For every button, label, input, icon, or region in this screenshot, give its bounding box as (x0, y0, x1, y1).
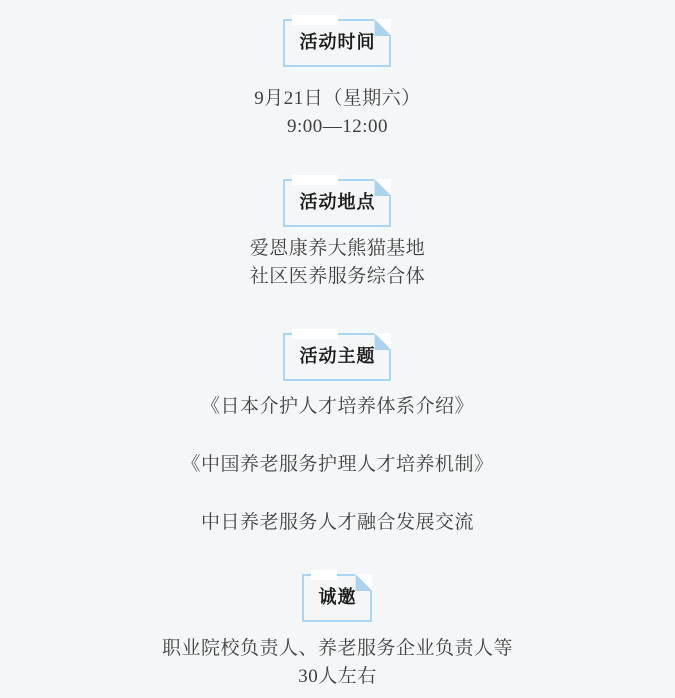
badge-label-event-theme: 活动主题 (299, 346, 375, 366)
event-theme-text: 《日本介护人才培养体系介绍》 《中国养老服务护理人才培养机制》 中日养老服务人才… (181, 393, 493, 537)
event-time-text: 9月21日（星期六） 9:00—12:00 (254, 85, 421, 141)
event-hours-line: 9:00—12:00 (287, 113, 388, 141)
venue-line-2: 社区医养服务综合体 (250, 263, 426, 291)
badge-event-theme: 活动主题 (283, 333, 391, 381)
venue-line-1: 爱恩康养大熊猫基地 (250, 235, 426, 263)
badge-event-time: 活动时间 (283, 19, 391, 67)
paper-tab (292, 175, 338, 185)
paper-tab (292, 15, 338, 25)
badge-invitation: 诚邀 (302, 574, 372, 622)
section-invitation: 诚邀 职业院校负责人、养老服务企业负责人等 30人左右 (162, 574, 513, 691)
event-location-text: 爱恩康养大熊猫基地 社区医养服务综合体 (250, 235, 426, 291)
paper-tab (292, 329, 338, 339)
invitation-text: 职业院校负责人、养老服务企业负责人等 30人左右 (162, 635, 513, 691)
invitee-line: 职业院校负责人、养老服务企业负责人等 (162, 635, 513, 663)
theme-title-1: 《日本介护人才培养体系介绍》 (201, 393, 474, 421)
badge-label-invitation: 诚邀 (318, 587, 356, 607)
badge-label-event-location: 活动地点 (299, 192, 375, 212)
section-event-location: 活动地点 爱恩康养大熊猫基地 社区医养服务综合体 (250, 179, 426, 291)
theme-title-3: 中日养老服务人才融合发展交流 (201, 509, 474, 537)
event-date-line: 9月21日（星期六） (254, 85, 421, 113)
section-event-time: 活动时间 9月21日（星期六） 9:00—12:00 (254, 19, 421, 141)
badge-label-event-time: 活动时间 (299, 32, 375, 52)
event-poster: 活动时间 9月21日（星期六） 9:00—12:00 活动地点 爱恩康养大熊猫基… (0, 0, 675, 698)
paper-tab (311, 570, 337, 580)
theme-title-2: 《中国养老服务护理人才培养机制》 (181, 451, 493, 479)
headcount-line: 30人左右 (298, 663, 377, 691)
section-event-theme: 活动主题 《日本介护人才培养体系介绍》 《中国养老服务护理人才培养机制》 中日养… (181, 333, 493, 537)
badge-event-location: 活动地点 (283, 179, 391, 227)
